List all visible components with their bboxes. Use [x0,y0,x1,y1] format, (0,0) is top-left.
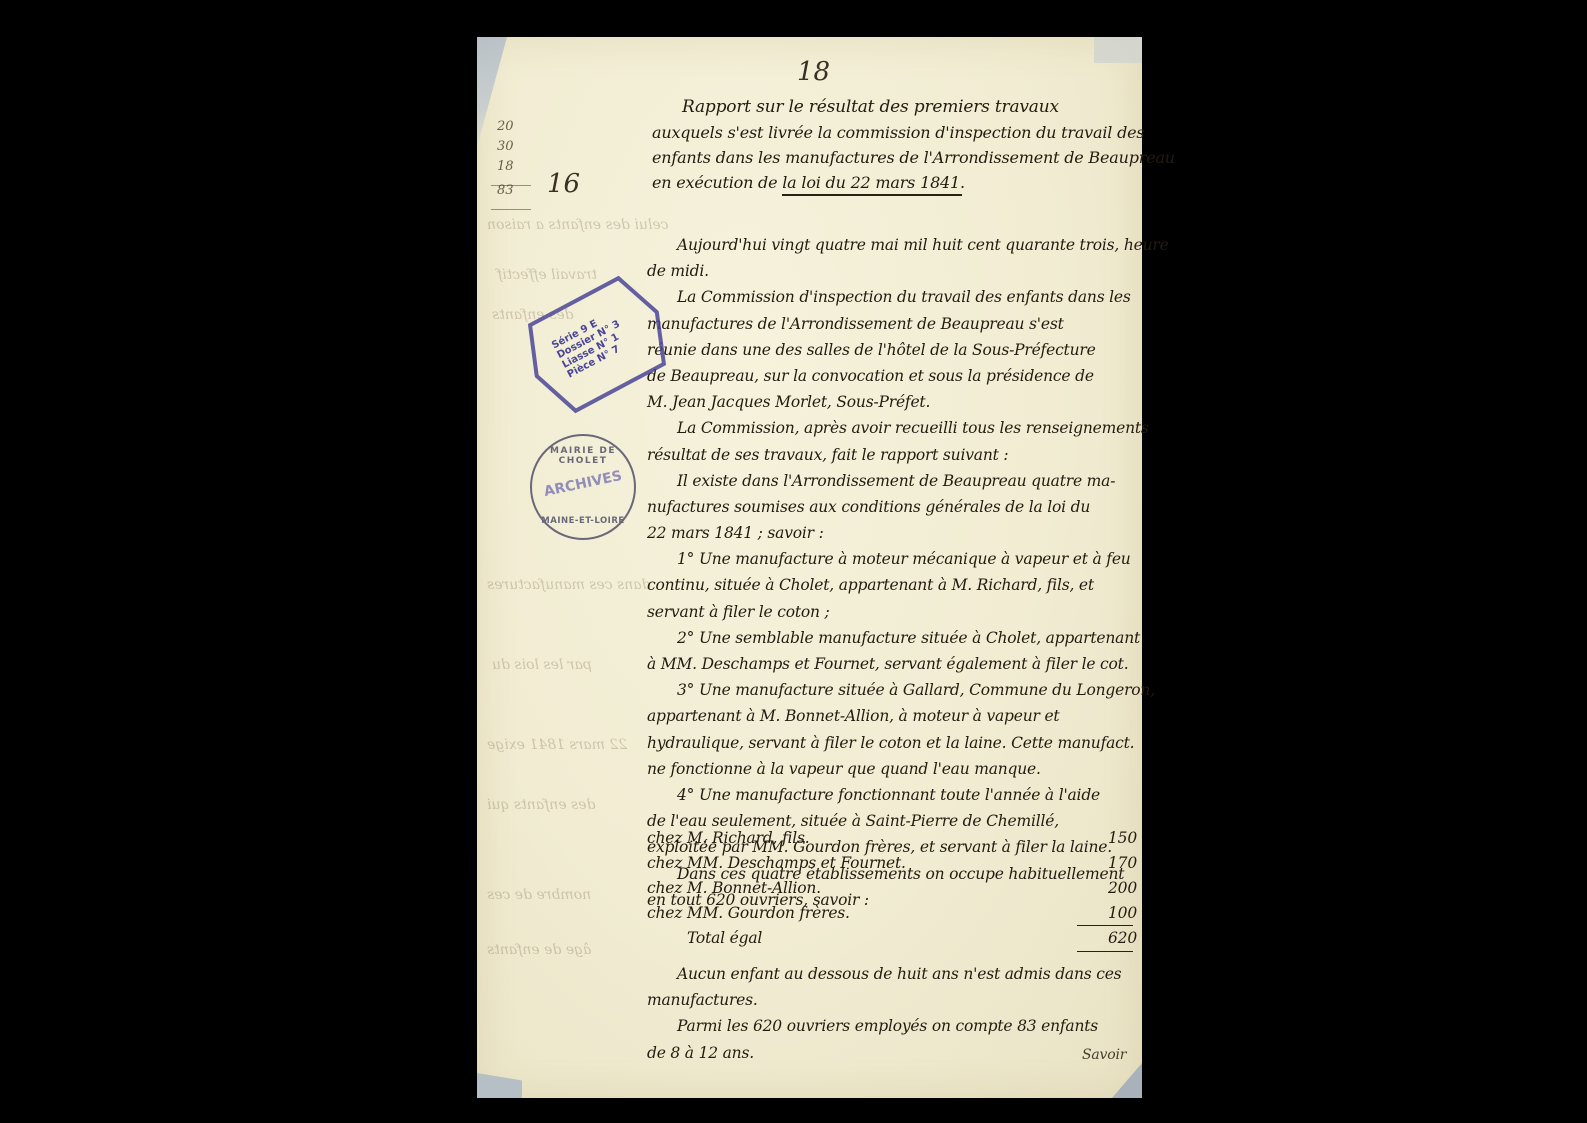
body-line: résultat de ses travaux, fait le rapport… [647,442,1169,468]
bleed-through-text: dans ces manufactures [487,577,651,593]
table-row: chez M. Richard, fils. 150 [647,825,1137,850]
table-row: chez MM. Gourdon frères. 100 [647,900,1137,925]
bleed-through-text: travail effectif [497,267,597,283]
body-line: Parmi les 620 ouvriers employés on compt… [647,1013,1121,1039]
sum-rule [1077,925,1133,926]
body-line: de midi. [647,258,1169,284]
total-count: 620 [1077,925,1137,950]
report-body: Aujourd'hui vingt quatre mai mil huit ce… [647,232,1169,913]
bleed-through-text: celui des enfants a raison [487,217,668,233]
body-line: La Commission d'inspection du travail de… [647,284,1169,310]
employer-name: chez M. Bonnet-Allion. [647,875,821,900]
title-line: en exécution de la loi du 22 mars 1841. [652,170,1175,195]
body-line: ne fonctionne à la vapeur que quand l'ea… [647,756,1169,782]
folio-number: 18 [797,57,830,87]
body-line: 2° Une semblable manufacture située à Ch… [647,625,1169,651]
body-line: M. Jean Jacques Morlet, Sous-Préfet. [647,389,1169,415]
body-line: nufactures soumises aux conditions génér… [647,494,1169,520]
paper-corner-wear [477,1073,522,1098]
worker-count: 170 [1077,850,1137,875]
bleed-through-text: par les lois du [492,657,592,673]
body-line: manufactures. [647,987,1121,1013]
mairie-stamp-bottom-text: MAINE-ET-LOIRE [532,516,634,526]
employer-name: chez M. Richard, fils. [647,825,810,850]
mairie-stamp-top-text: MAIRIE DE CHOLET [532,446,634,466]
body-line: hydraulique, servant à filer le coton et… [647,730,1169,756]
worker-count: 150 [1077,825,1137,850]
body-line: 3° Une manufacture située à Gallard, Com… [647,677,1169,703]
closing-paragraph: Aucun enfant au dessous de huit ans n'es… [647,961,1121,1066]
workers-table: chez M. Richard, fils. 150 chez MM. Desc… [647,825,1137,950]
body-line: manufactures de l'Arrondissement de Beau… [647,311,1169,337]
employer-name: chez MM. Deschamps et Fournet. [647,850,906,875]
body-line: 4° Une manufacture fonctionnant toute l'… [647,782,1169,808]
manuscript-page: celui des enfants a raison travail effec… [477,37,1142,1098]
body-line: appartenant à M. Bonnet-Allion, à moteur… [647,703,1169,729]
body-line: 22 mars 1841 ; savoir : [647,520,1169,546]
bleed-through-text: des enfants qui [487,797,595,813]
table-row: chez M. Bonnet-Allion. 200 [647,875,1137,900]
body-line: La Commission, après avoir recueilli tou… [647,415,1169,441]
body-line: Aujourd'hui vingt quatre mai mil huit ce… [647,232,1169,258]
bleed-through-text: 22 mars 1841 exige [487,737,627,753]
total-label: Total égal [647,925,762,950]
body-line: servant à filer le coton ; [647,599,1169,625]
paper-corner-wear [1112,1063,1142,1098]
employer-name: chez MM. Gourdon frères. [647,900,850,925]
title-line: enfants dans les manufactures de l'Arron… [652,145,1175,170]
margin-rule [491,209,531,210]
worker-count: 100 [1077,900,1137,925]
margin-folio-number: 16 [547,169,580,199]
body-line: à MM. Deschamps et Fournet, servant égal… [647,651,1169,677]
bleed-through-text: âge de enfants [487,942,591,958]
mairie-stamp-middle-text: ARCHIVES [539,467,626,501]
catchword: Savoir [1082,1042,1126,1068]
margin-tally: 20 30 18 83 [497,117,514,201]
paper-corner-wear [1094,37,1142,63]
body-line: Il existe dans l'Arrondissement de Beaup… [647,468,1169,494]
total-row: Total égal 620 [647,925,1137,950]
margin-rule [491,185,531,186]
body-line: réunie dans une des salles de l'hôtel de… [647,337,1169,363]
bleed-through-text: nombre de ces [487,887,591,903]
body-line: de 8 à 12 ans. [647,1040,1121,1066]
title-line: Rapport sur le résultat des premiers tra… [652,95,1175,120]
worker-count: 200 [1077,875,1137,900]
document-title: Rapport sur le résultat des premiers tra… [652,95,1175,195]
body-line: de Beaupreau, sur la convocation et sous… [647,363,1169,389]
title-line: auxquels s'est livrée la commission d'in… [652,120,1175,145]
sum-rule [1077,951,1133,952]
body-line: Aucun enfant au dessous de huit ans n'es… [647,961,1121,987]
table-row: chez MM. Deschamps et Fournet. 170 [647,850,1137,875]
mairie-stamp: MAIRIE DE CHOLET ARCHIVES MAINE-ET-LOIRE [530,434,636,540]
title-underline [782,194,962,196]
body-line: continu, située à Cholet, appartenant à … [647,572,1169,598]
body-line: 1° Une manufacture à moteur mécanique à … [647,546,1169,572]
